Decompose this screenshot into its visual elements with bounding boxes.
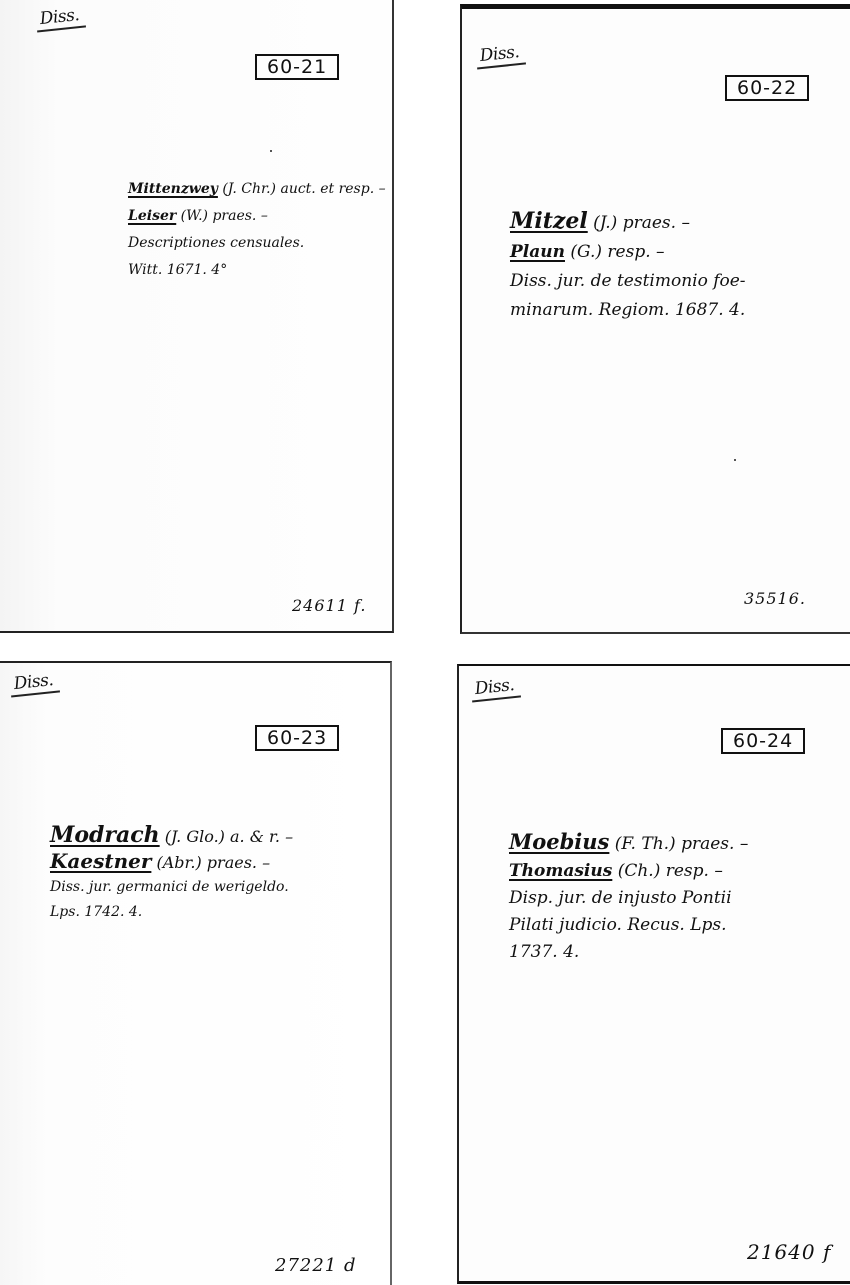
entry-text: (F. Th.) praes. – — [609, 834, 748, 854]
author-name: Modrach — [50, 822, 160, 848]
accession-number: 21640 f — [747, 1240, 831, 1264]
entry-text: (Abr.) praes. – — [151, 853, 270, 872]
entry-title-cont: Pilati judicio. Recus. Lps. — [509, 912, 748, 939]
entry-line: Modrach (J. Glo.) a. & r. – — [50, 823, 293, 849]
entry-line: Mittenzwey (J. Chr.) auct. et resp. – — [128, 176, 386, 203]
entry-line: Kaestner (Abr.) praes. – — [50, 849, 293, 875]
catalog-entry: Mitzel (J.) praes. – Plaun (G.) resp. – … — [510, 207, 746, 325]
praeses-name: Leiser — [128, 208, 176, 224]
entry-text: (J. Glo.) a. & r. – — [160, 827, 293, 846]
entry-imprint: Lps. 1742. 4. — [50, 900, 293, 925]
call-number: 60-23 — [255, 725, 339, 751]
entry-title: Diss. jur. de testimonio foe- — [510, 267, 746, 296]
entry-text: (Ch.) resp. – — [612, 861, 723, 881]
call-number: 60-24 — [721, 728, 805, 754]
catalog-entry: Mittenzwey (J. Chr.) auct. et resp. – Le… — [128, 176, 386, 284]
call-number: 60-21 — [255, 54, 339, 80]
entry-text: (G.) resp. – — [565, 242, 665, 262]
respondent-name: Thomasius — [509, 861, 612, 881]
entry-line: Moebius (F. Th.) praes. – — [509, 828, 748, 858]
entry-line: Plaun (G.) resp. – — [510, 238, 746, 267]
catalog-entry: Modrach (J. Glo.) a. & r. – Kaestner (Ab… — [50, 823, 293, 925]
entry-title: Descriptiones censuales. — [128, 230, 386, 257]
catalog-entry: Moebius (F. Th.) praes. – Thomasius (Ch.… — [509, 828, 748, 966]
call-number: 60-22 — [725, 75, 809, 101]
accession-number: 35516. — [744, 589, 806, 608]
speck — [270, 150, 272, 152]
catalog-card-60-22: Diss. 60-22 Mitzel (J.) praes. – Plaun (… — [460, 4, 850, 634]
diss-label: Diss. — [470, 675, 521, 702]
entry-line: Mitzel (J.) praes. – — [510, 207, 746, 238]
entry-imprint: Witt. 1671. 4° — [128, 257, 386, 284]
entry-line: Thomasius (Ch.) resp. – — [509, 858, 748, 885]
praeses-name: Mitzel — [510, 208, 588, 234]
praeses-name: Moebius — [509, 829, 609, 854]
entry-imprint: minarum. Regiom. 1687. 4. — [510, 296, 746, 325]
accession-number: 24611 f. — [292, 596, 366, 615]
diss-label: Diss. — [9, 670, 60, 697]
diss-label: Diss. — [35, 5, 86, 32]
entry-text: (J. Chr.) auct. et resp. – — [218, 181, 386, 197]
entry-text: (W.) praes. – — [176, 208, 268, 224]
accession-number: 27221 d — [275, 1255, 357, 1276]
speck — [734, 459, 736, 461]
entry-text: (J.) praes. – — [588, 213, 690, 233]
author-name: Mittenzwey — [128, 181, 218, 197]
catalog-card-60-21: Diss. 60-21 Mittenzwey (J. Chr.) auct. e… — [0, 0, 394, 633]
entry-imprint: 1737. 4. — [509, 939, 748, 966]
praeses-name: Kaestner — [50, 849, 151, 873]
diss-label: Diss. — [475, 42, 526, 69]
entry-title: Disp. jur. de injusto Pontii — [509, 885, 748, 912]
respondent-name: Plaun — [510, 242, 565, 262]
entry-title: Diss. jur. germanici de werigeldo. — [50, 875, 293, 900]
catalog-card-60-23: Diss. 60-23 Modrach (J. Glo.) a. & r. – … — [0, 661, 392, 1285]
entry-line: Leiser (W.) praes. – — [128, 203, 386, 230]
catalog-card-60-24: Diss. 60-24 Moebius (F. Th.) praes. – Th… — [457, 664, 850, 1284]
